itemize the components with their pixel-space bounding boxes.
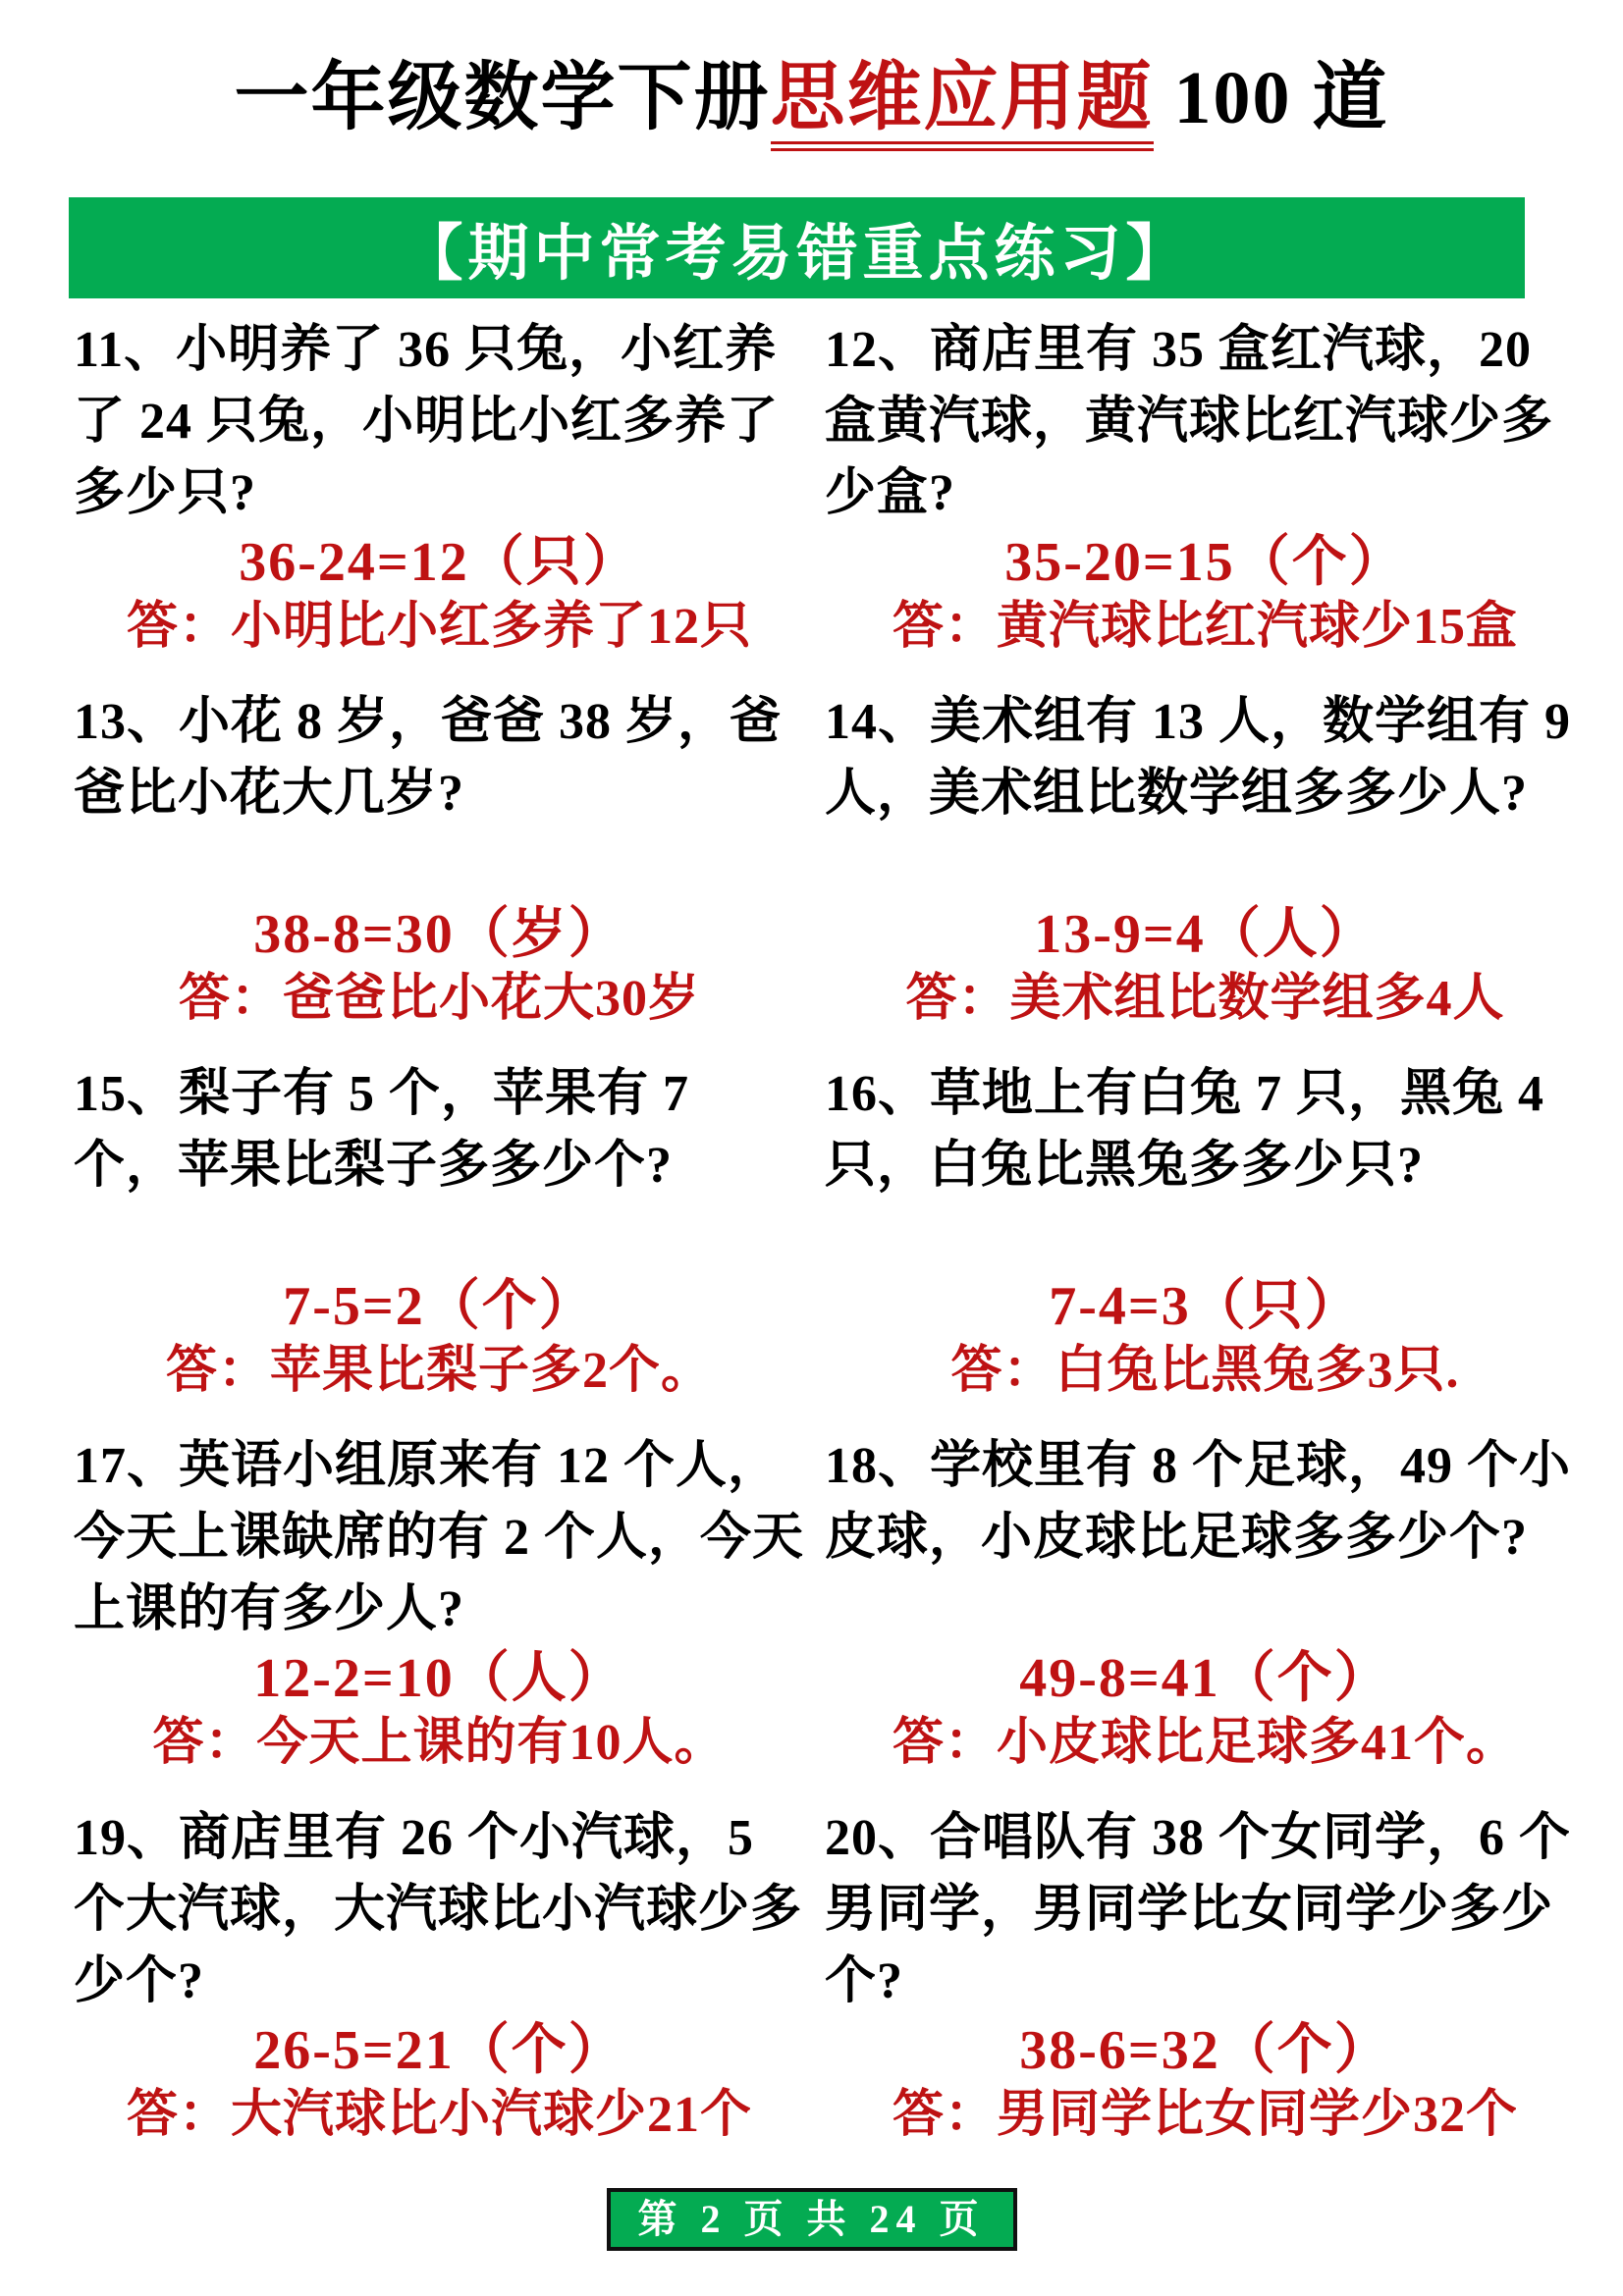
section-banner-label: 【期中常考易错重点练习】 <box>402 204 1191 292</box>
problem-question: 18、学校里有 8 个足球，49 个小皮球，小皮球比足球多多少个? <box>825 1430 1586 1645</box>
problem-question: 19、商店里有 26 个小汽球，5 个大汽球，大汽球比小汽球少多少个? <box>74 1802 805 2017</box>
problem-block-18: 18、学校里有 8 个足球，49 个小皮球，小皮球比足球多多少个? 49-8=4… <box>825 1430 1586 1775</box>
problem-block-11: 11、小明养了 36 只兔，小红养了 24 只兔，小明比小红多养了多少只? 36… <box>74 314 805 659</box>
problem-answer: 答：今天上课的有10人。 <box>74 1712 805 1775</box>
problem-equation: 35-20=15（个） <box>825 529 1586 596</box>
problem-answer: 答：苹果比梨子多2个。 <box>74 1340 805 1403</box>
problem-question: 13、小花 8 岁，爸爸 38 岁，爸爸比小花大几岁? <box>74 686 805 901</box>
problem-equation: 26-5=21（个） <box>74 2017 805 2084</box>
problem-equation: 36-24=12（只） <box>74 529 805 596</box>
problem-answer: 答：小明比小红多养了12只 <box>74 596 805 659</box>
worksheet-page: 一年级数学下册思维应用题 100 道 【期中常考易错重点练习】 11、小明养了 … <box>0 0 1623 2296</box>
problem-question: 11、小明养了 36 只兔，小红养了 24 只兔，小明比小红多养了多少只? <box>74 314 805 529</box>
problem-question: 12、商店里有 35 盒红汽球，20 盒黄汽球，黄汽球比红汽球少多少盒? <box>825 314 1586 529</box>
problem-equation: 7-5=2（个） <box>74 1273 805 1340</box>
problem-answer: 答：黄汽球比红汽球少15盒 <box>825 596 1586 659</box>
problem-block-12: 12、商店里有 35 盒红汽球，20 盒黄汽球，黄汽球比红汽球少多少盒? 35-… <box>825 314 1586 659</box>
problem-block-19: 19、商店里有 26 个小汽球，5 个大汽球，大汽球比小汽球少多少个? 26-5… <box>74 1802 805 2147</box>
problem-block-14: 14、美术组有 13 人，数学组有 9 人，美术组比数学组多多少人? 13-9=… <box>825 686 1586 1031</box>
problem-question: 20、合唱队有 38 个女同学，6 个男同学，男同学比女同学少多少个? <box>825 1802 1586 2017</box>
title-highlight: 思维应用题 <box>771 57 1154 151</box>
problem-block-13: 13、小花 8 岁，爸爸 38 岁，爸爸比小花大几岁? 38-8=30（岁） 答… <box>74 686 805 1031</box>
problem-question: 17、英语小组原来有 12 个人，今天上课缺席的有 2 个人，今天上课的有多少人… <box>74 1430 805 1645</box>
page-title: 一年级数学下册思维应用题 100 道 <box>20 57 1603 140</box>
section-banner: 【期中常考易错重点练习】 <box>69 197 1525 298</box>
problem-equation: 13-9=4（人） <box>825 901 1586 968</box>
problem-answer: 答：美术组比数学组多4人 <box>825 968 1586 1031</box>
problem-question: 14、美术组有 13 人，数学组有 9 人，美术组比数学组多多少人? <box>825 686 1586 901</box>
problem-equation: 7-4=3（只） <box>825 1273 1586 1340</box>
problem-equation: 38-6=32（个） <box>825 2017 1586 2084</box>
problem-block-16: 16、草地上有白兔 7 只，黑兔 4 只，白兔比黑兔多多少只? 7-4=3（只）… <box>825 1058 1586 1403</box>
problem-equation: 12-2=10（人） <box>74 1645 805 1712</box>
problem-question: 15、梨子有 5 个，苹果有 7 个，苹果比梨子多多少个? <box>74 1058 805 1273</box>
problem-answer: 答：小皮球比足球多41个。 <box>825 1712 1586 1775</box>
title-prefix: 一年级数学下册 <box>235 57 771 139</box>
problem-answer: 答：白兔比黑兔多3只. <box>825 1340 1586 1403</box>
page-number-badge: 第 2 页 共 24 页 <box>607 2188 1017 2251</box>
problem-grid: 11、小明养了 36 只兔，小红养了 24 只兔，小明比小红多养了多少只? 36… <box>74 314 1586 2147</box>
problem-answer: 答：爸爸比小花大30岁 <box>74 968 805 1031</box>
title-count: 100 道 <box>1154 57 1389 139</box>
problem-equation: 49-8=41（个） <box>825 1645 1586 1712</box>
page-footer: 第 2 页 共 24 页 <box>0 2188 1623 2251</box>
problem-answer: 答：男同学比女同学少32个 <box>825 2084 1586 2147</box>
problem-block-17: 17、英语小组原来有 12 个人，今天上课缺席的有 2 个人，今天上课的有多少人… <box>74 1430 805 1775</box>
problem-block-20: 20、合唱队有 38 个女同学，6 个男同学，男同学比女同学少多少个? 38-6… <box>825 1802 1586 2147</box>
problem-block-15: 15、梨子有 5 个，苹果有 7 个，苹果比梨子多多少个? 7-5=2（个） 答… <box>74 1058 805 1403</box>
problem-equation: 38-8=30（岁） <box>74 901 805 968</box>
problem-answer: 答：大汽球比小汽球少21个 <box>74 2084 805 2147</box>
problem-question: 16、草地上有白兔 7 只，黑兔 4 只，白兔比黑兔多多少只? <box>825 1058 1586 1273</box>
